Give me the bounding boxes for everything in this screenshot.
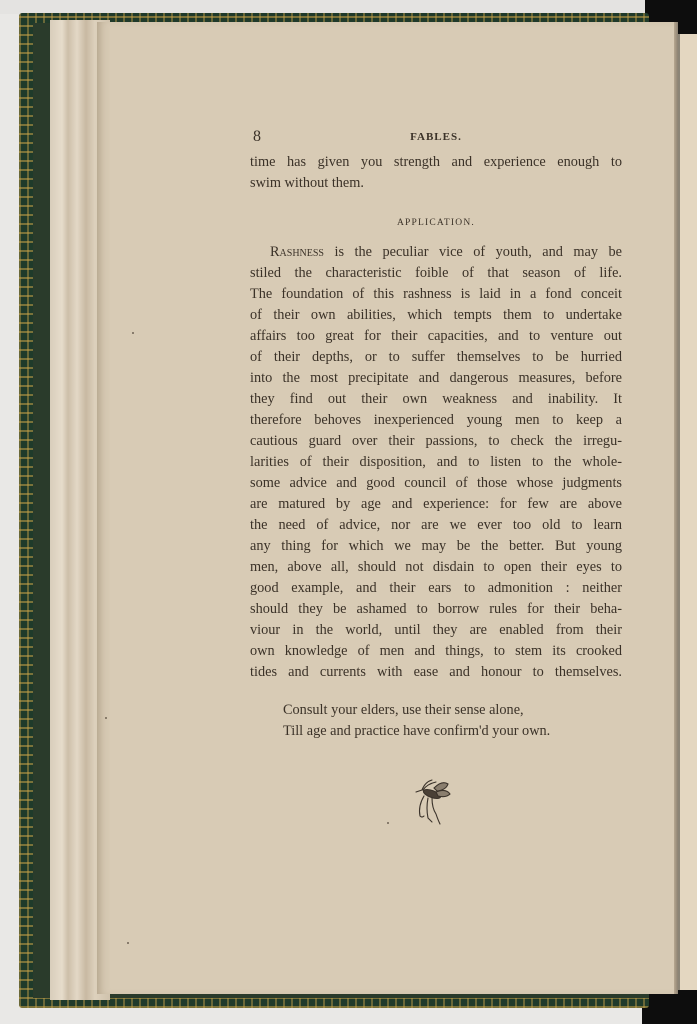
text-line: some advice and good council of those wh…	[250, 473, 622, 494]
text-line: therefore behoves inexperienced young me…	[250, 410, 622, 431]
text-line: viour in the world, until they are enabl…	[250, 620, 622, 641]
text-line: of their own abilities, which tempts the…	[250, 305, 622, 326]
text-line: larities of their disposition, and to li…	[250, 452, 622, 473]
page-text: 8 FABLES. time has given you strength an…	[250, 128, 622, 742]
text-line: tides and currents with ease and honour …	[250, 662, 622, 683]
text-line: of their depths, or to suffer themselves…	[250, 347, 622, 368]
text-line: into the most precipitate and dangerous …	[250, 368, 622, 389]
text-line: are matured by age and experience: for f…	[250, 494, 622, 515]
text-line: any thing for which we may be the better…	[250, 536, 622, 557]
text-line: they find out their own weakness and ina…	[250, 389, 622, 410]
insect-vignette-icon	[410, 778, 456, 834]
text-line: affairs too great for their capacities, …	[250, 326, 622, 347]
paper-speck	[105, 717, 107, 719]
facing-page-edge	[678, 34, 697, 990]
text-line: the need of advice, nor are we ever too …	[250, 515, 622, 536]
text-line: time has given you strength and experien…	[250, 152, 622, 173]
page-fold	[674, 22, 678, 994]
text-line: swim without them.	[250, 173, 622, 194]
verse-line: Consult your elders, use their sense alo…	[283, 700, 622, 721]
scan-border-bottom-right	[642, 990, 697, 1024]
text-line: good example, and their ears to admoniti…	[250, 578, 622, 599]
running-title: FABLES.	[250, 131, 622, 143]
paper-speck	[127, 942, 129, 944]
continuation-text: time has given you strength and experien…	[250, 152, 622, 194]
text-line: The foundation of this rashness is laid …	[250, 284, 622, 305]
application-paragraph: Rashness is the peculiar vice of youth, …	[250, 242, 622, 683]
text-line: own knowledge of men and things, to stem…	[250, 641, 622, 662]
text-line: should they be ashamed to borrow rules f…	[250, 599, 622, 620]
text-line: men, above all, should not disdain to op…	[250, 557, 622, 578]
text-line: Rashness is the peculiar vice of youth, …	[250, 242, 622, 263]
moral-verse: Consult your elders, use their sense alo…	[250, 700, 622, 742]
text-line: cautious guard over their passions, to c…	[250, 431, 622, 452]
verse-line: Till age and practice have confirm'd you…	[283, 721, 622, 742]
scan-background	[0, 0, 697, 14]
paper-speck	[387, 822, 389, 824]
running-head: 8 FABLES.	[250, 128, 622, 152]
paper-speck	[132, 332, 134, 334]
text-line: stiled the characteristic foible of that…	[250, 263, 622, 284]
section-heading: APPLICATION.	[250, 218, 622, 228]
drop-word: Rashness	[270, 244, 324, 260]
